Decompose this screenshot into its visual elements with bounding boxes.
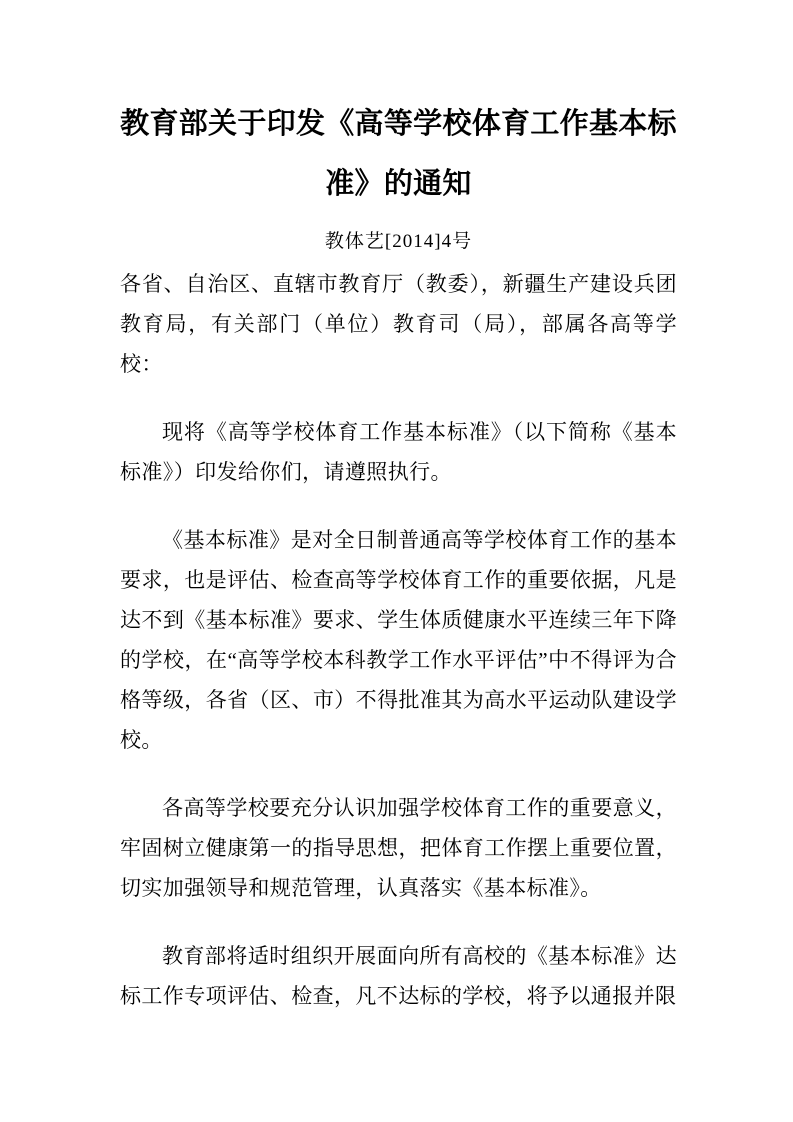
- document-content: 教育部关于印发《高等学校体育工作基本标准》的通知 教体艺[2014]4号 各省、…: [120, 94, 677, 1016]
- document-page: 教育部关于印发《高等学校体育工作基本标准》的通知 教体艺[2014]4号 各省、…: [0, 0, 793, 1122]
- paragraph-body-3: 各高等学校要充分认识加强学校体育工作的重要意义，牢固树立健康第一的指导思想，把体…: [120, 788, 677, 908]
- document-number: 教体艺[2014]4号: [120, 222, 677, 262]
- paragraph-body-4: 教育部将适时组织开展面向所有高校的《基本标准》达标工作专项评估、检查，凡不达标的…: [120, 936, 677, 1016]
- paragraph-body-1: 现将《高等学校体育工作基本标准》（以下简称《基本标准》）印发给你们，请遵照执行。: [120, 412, 677, 492]
- paragraph-body-2: 《基本标准》是对全日制普通高等学校体育工作的基本要求，也是评估、检查高等学校体育…: [120, 520, 677, 760]
- document-title: 教育部关于印发《高等学校体育工作基本标准》的通知: [120, 94, 677, 214]
- paragraph-salutation: 各省、自治区、直辖市教育厅（教委），新疆生产建设兵团教育局，有关部门（单位）教育…: [120, 264, 677, 384]
- document-body: 各省、自治区、直辖市教育厅（教委），新疆生产建设兵团教育局，有关部门（单位）教育…: [120, 264, 677, 1016]
